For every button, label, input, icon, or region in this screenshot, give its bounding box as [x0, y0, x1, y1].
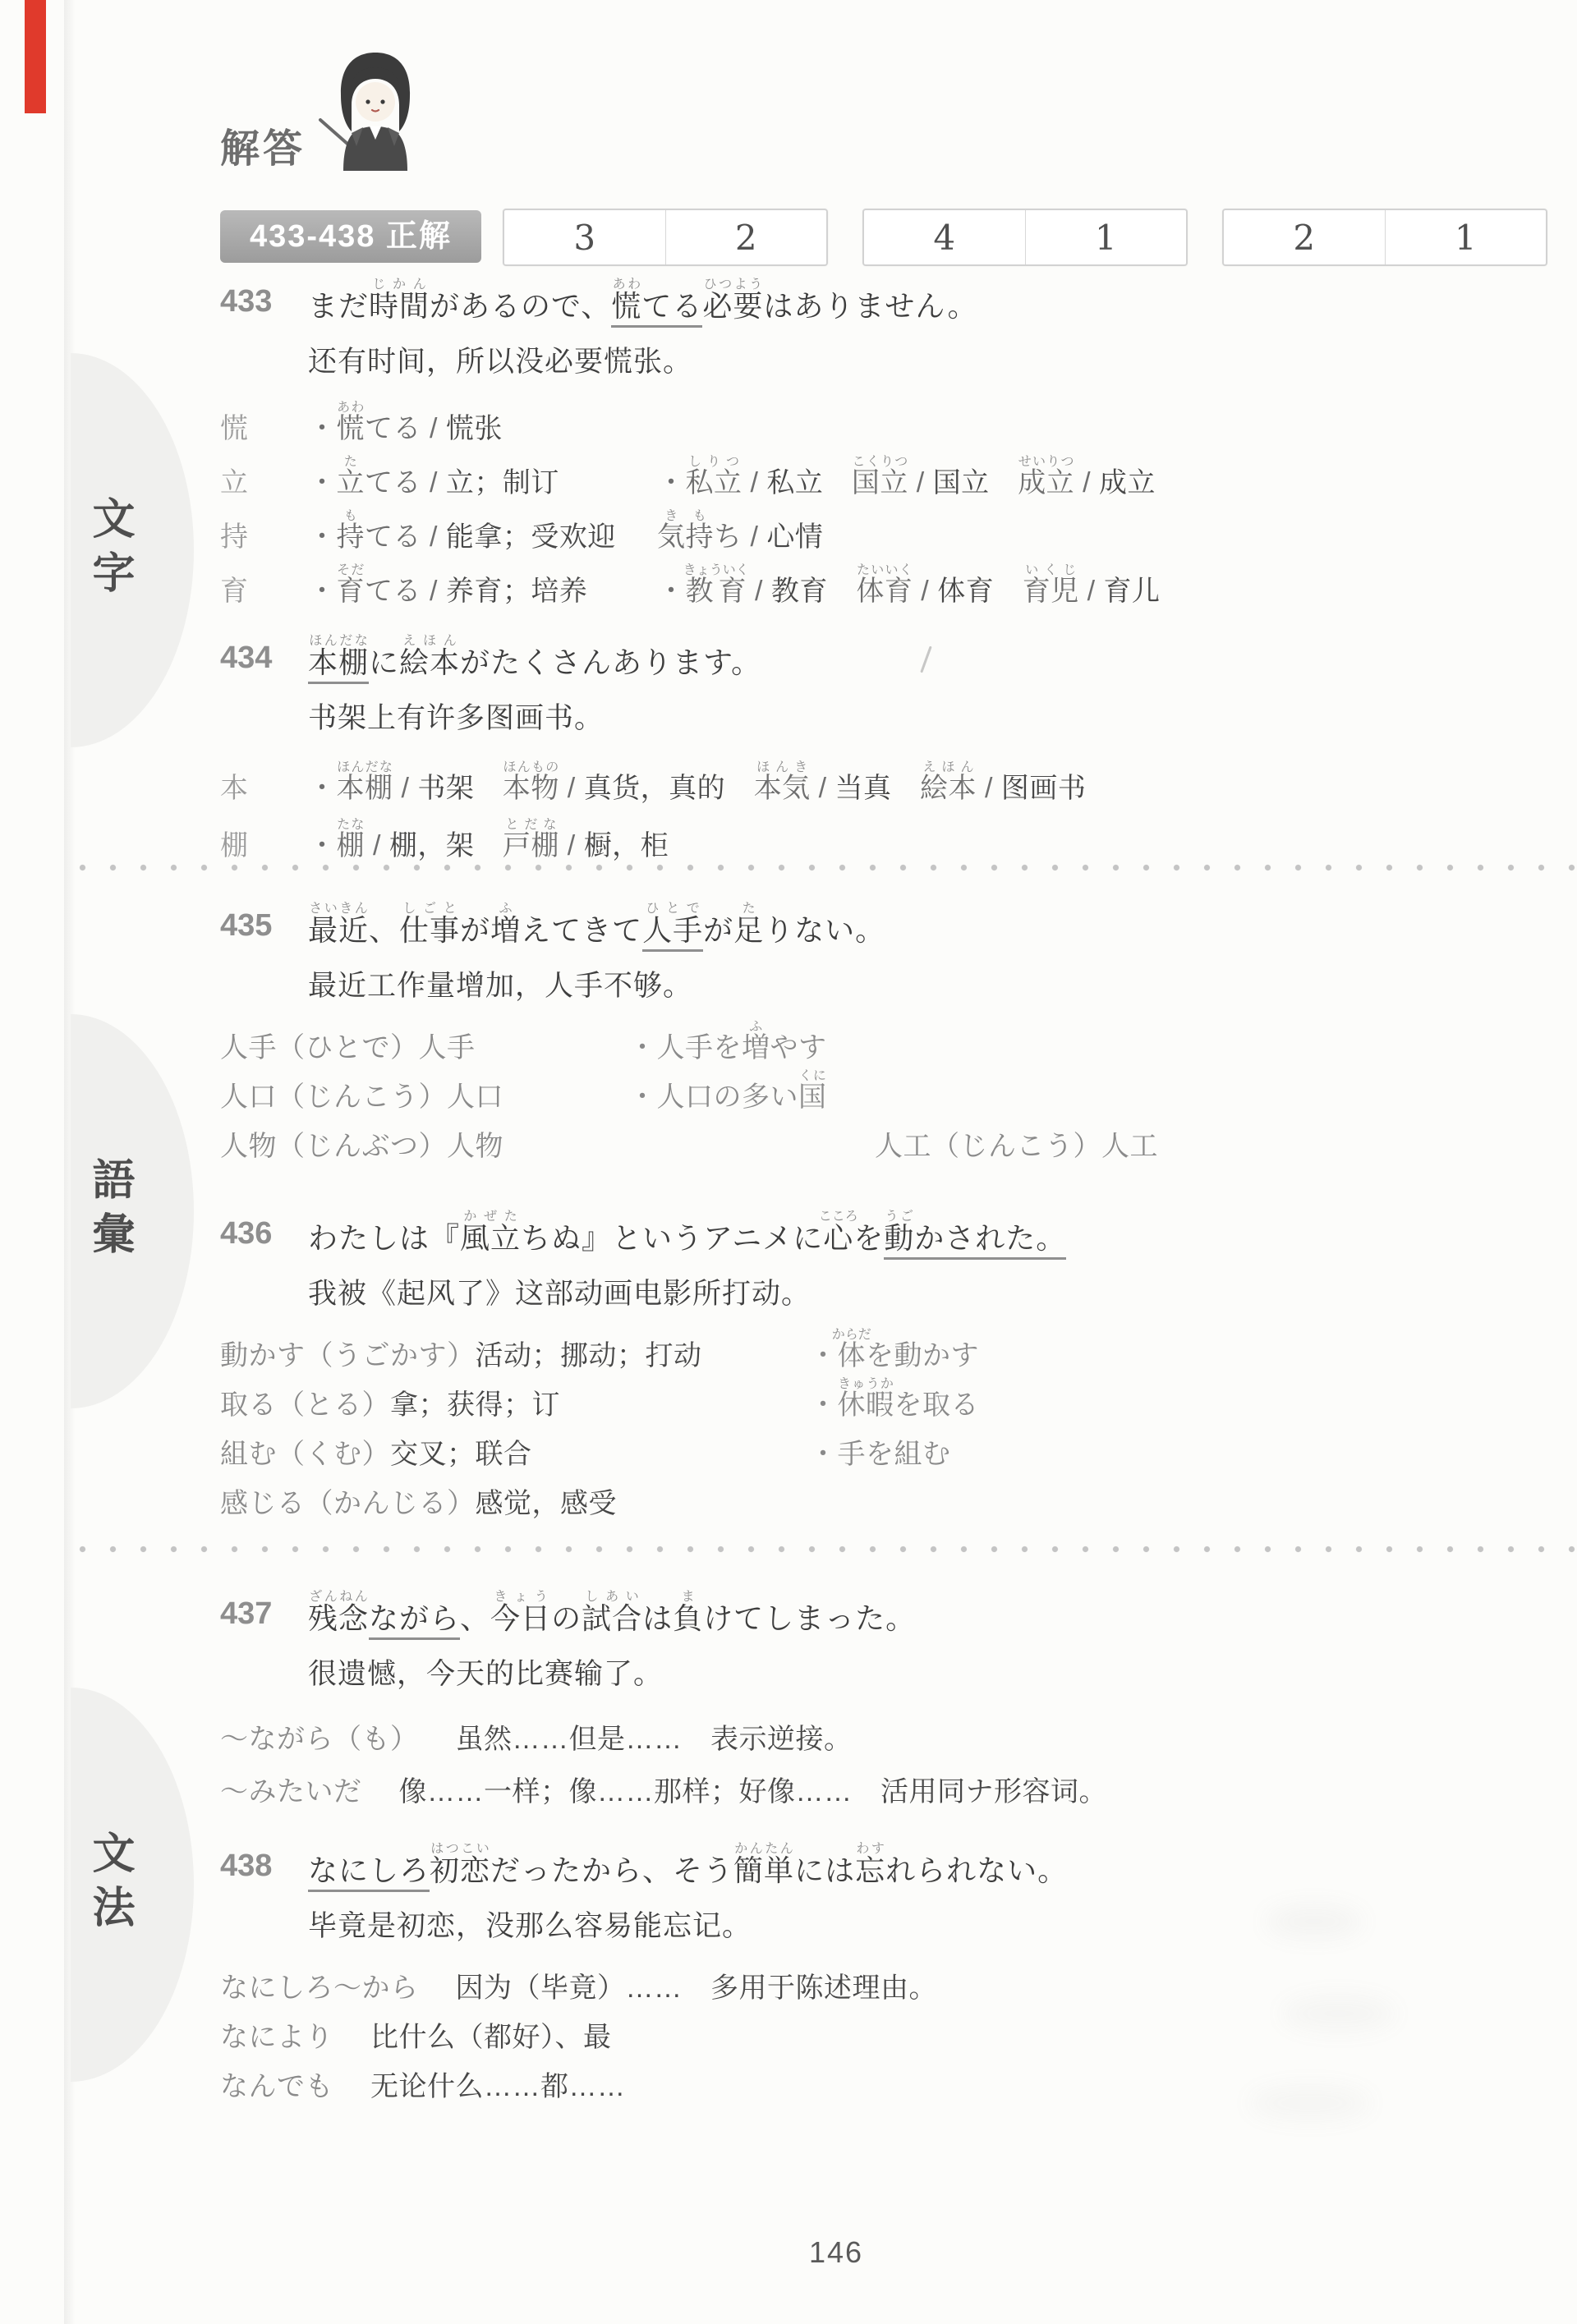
girl-teacher-illustration [314, 48, 437, 200]
vocab-cell: なんでも [220, 2064, 333, 2104]
vocab-cell: 〜みたいだ [220, 1769, 362, 1809]
vocab-cell: 気持きもち / 心情 [657, 509, 823, 554]
vocab-cell: ・私立しりつ / 私立 国立こくりつ / 国立 成立せいりつ / 成立 [657, 455, 1156, 500]
page-edge-marker [25, 0, 46, 113]
vocab-row: 立・立たてる / 立；制订・私立しりつ / 私立 国立こくりつ / 国立 成立せ… [220, 446, 1577, 500]
vocab-cell: 虽然……但是…… 表示逆接。 [456, 1716, 853, 1757]
vocab-cell: ・慌あわてる / 慌张 [308, 401, 657, 446]
vocab-cell: ・本棚ほんだな / 书架 本物ほんもの / 真货，真的 本気ほんき / 当真 絵… [308, 760, 1086, 806]
question-number: 436 [220, 1216, 308, 1255]
answer-cell: 2 [665, 210, 827, 264]
question-head: 435最近さいきん、仕事しごとが増ふえてきて人手ひとでが足たりない。 [0, 902, 1577, 947]
vocab-rows: 人手（ひとで）人手・人手を増ふやす人口（じんこう）人口・人口の多い国くに人物（じ… [0, 1016, 1577, 1164]
answer-cell: 1 [1385, 210, 1547, 264]
question-number: 438 [220, 1849, 308, 1887]
vocab-cell: ・棚たな / 棚，架 戸棚とだな / 橱，柜 [308, 818, 669, 863]
question-translation: 我被《起风了》这部动画电影所打动。 [308, 1271, 1577, 1312]
answers-heading: 解答 [220, 117, 306, 173]
vocab-cell: ・休暇きゅうかを取る [809, 1377, 979, 1422]
vocab-cell: ・育そだてる / 养育；培养 [308, 563, 657, 609]
question-sentence: 残念ざんねんながら、今日きょうの試合しあいは負まけてしまった。 [308, 1590, 916, 1635]
dotted-separator [79, 1546, 1577, 1553]
vocab-row: 棚・棚たな / 棚，架 戸棚とだな / 橱，柜 [220, 806, 1577, 863]
question-433: 433まだ時間じかんがあるので、慌あわてる必要ひつようはありません。还有时间，所… [0, 278, 1577, 609]
vocab-row: なんでも无论什么……都…… [220, 2055, 1577, 2104]
vocab-row: 感じる（かんじる）感觉，感受 [220, 1472, 1577, 1521]
vocab-row: 本・本棚ほんだな / 书架 本物ほんもの / 真货，真的 本気ほんき / 当真 … [220, 748, 1577, 806]
answer-range-badge: 433-438 正解 [220, 210, 481, 263]
vocab-cell: ・人手を増ふやす [628, 1020, 827, 1065]
answer-box-group: 21 [1222, 209, 1547, 266]
vocab-row: 人手（ひとで）人手・人手を増ふやす [220, 1016, 1577, 1065]
scan-artifact [1248, 2086, 1372, 2120]
vocab-cell: 動かす（うごかす）活动；挪动；打动 [220, 1333, 809, 1373]
question-437: 437残念ざんねんながら、今日きょうの試合しあいは負まけてしまった。很遗憾，今天… [0, 1590, 1577, 1809]
vocab-cell: 因为（毕竟）…… 多用于陈述理由。 [456, 1965, 938, 2005]
question-head: 437残念ざんねんながら、今日きょうの試合しあいは負まけてしまった。 [0, 1590, 1577, 1635]
question-translation: 书架上有许多图画书。 [308, 696, 1577, 737]
question-number: 435 [220, 908, 308, 947]
vocab-cell: 感じる（かんじる）感觉，感受 [220, 1481, 809, 1521]
vocab-cell: 无论什么……都…… [370, 2064, 626, 2104]
question-head: 433まだ時間じかんがあるので、慌あわてる必要ひつようはありません。 [0, 278, 1577, 323]
question-number: 434 [220, 641, 308, 679]
vocab-cell: 取る（とる）拿；获得；订 [220, 1382, 809, 1422]
question-number: 437 [220, 1596, 308, 1635]
vocab-cell: 組む（くむ）交叉；联合 [220, 1431, 809, 1472]
question-number: 433 [220, 284, 308, 323]
row-label: 立 [220, 460, 308, 500]
vocab-rows: 慌・慌あわてる / 慌张立・立たてる / 立；制订・私立しりつ / 私立 国立こ… [0, 392, 1577, 609]
page-number: 146 [809, 2235, 863, 2270]
vocab-row: 組む（くむ）交叉；联合・手を組む [220, 1422, 1577, 1472]
vocab-cell: ・体からだを動かす [809, 1328, 979, 1373]
answer-box-group: 41 [862, 209, 1188, 266]
vocab-cell: ・人口の多い国くに [628, 1069, 827, 1114]
vocab-cell: 人物（じんぶつ）人物 [220, 1123, 628, 1164]
question-435: 435最近さいきん、仕事しごとが増ふえてきて人手ひとでが足たりない。最近工作量增… [0, 902, 1577, 1164]
vocab-row: 〜ながら（も）虽然……但是…… 表示逆接。 [220, 1704, 1577, 1757]
vocab-cell: 比什么（都好）、最 [370, 2014, 612, 2055]
vocab-row: 人口（じんこう）人口・人口の多い国くに [220, 1065, 1577, 1114]
question-438: 438なにしろ初恋はつこいだったから、そう簡単かんたんには忘わすれられない。毕竟… [0, 1842, 1577, 2104]
question-head: 438なにしろ初恋はつこいだったから、そう簡単かんたんには忘わすれられない。 [0, 1842, 1577, 1887]
dotted-separator [79, 864, 1577, 871]
pointer-stick-icon [320, 120, 348, 145]
answer-boxes: 324121 [503, 209, 1547, 266]
question-434: 434本棚ほんだなに絵本えほんがたくさんあります。书架上有许多图画书。本・本棚ほ… [0, 634, 1577, 863]
textbook-answer-page: 文字 語彙 文法 解答 433-438 正解 324121 433まだ時間じかん… [0, 0, 1577, 2324]
vocab-rows: 本・本棚ほんだな / 书架 本物ほんもの / 真货，真的 本気ほんき / 当真 … [0, 748, 1577, 863]
row-label: 本 [220, 765, 308, 806]
question-translation: 最近工作量增加，人手不够。 [308, 963, 1577, 1004]
answer-cell: 4 [864, 210, 1025, 264]
vocab-row: 慌・慌あわてる / 慌张 [220, 392, 1577, 446]
answer-cell: 3 [504, 210, 665, 264]
answer-cell: 1 [1025, 210, 1187, 264]
vocab-cell: 人口（じんこう）人口 [220, 1074, 628, 1114]
vocab-cell: 人手（ひとで）人手 [220, 1025, 628, 1065]
question-sentence: 最近さいきん、仕事しごとが増ふえてきて人手ひとでが足たりない。 [308, 902, 885, 947]
vocab-cell: ・手を組む [809, 1431, 951, 1472]
question-head: 436わたしは『風立かぜたちぬ』というアニメに心こころを動うごかされた。 [0, 1210, 1577, 1255]
vocab-row: 取る（とる）拿；获得；订・休暇きゅうかを取る [220, 1373, 1577, 1422]
question-sentence: なにしろ初恋はつこいだったから、そう簡単かんたんには忘わすれられない。 [308, 1842, 1068, 1887]
answer-cell: 2 [1224, 210, 1385, 264]
vocab-rows: 〜ながら（も）虽然……但是…… 表示逆接。〜みたいだ像……一样；像……那样；好像… [0, 1704, 1577, 1809]
answer-box-group: 32 [503, 209, 828, 266]
question-translation: 很遗憾，今天的比赛输了。 [308, 1651, 1577, 1692]
row-label: 持 [220, 514, 308, 554]
vocab-cell: なにより [220, 2014, 333, 2055]
vocab-cell: なにしろ〜から [220, 1965, 419, 2005]
vocab-cell: 〜ながら（も） [220, 1716, 419, 1757]
vocab-row: 動かす（うごかす）活动；挪动；打动・体からだを動かす [220, 1324, 1577, 1373]
question-head: 434本棚ほんだなに絵本えほんがたくさんあります。 [0, 634, 1577, 679]
row-label: 育 [220, 568, 308, 609]
vocab-cell: ・教育きょういく / 教育 体育たいいく / 体育 育児いくじ / 育儿 [657, 563, 1161, 609]
row-label: 棚 [220, 823, 308, 863]
vocab-row: 持・持もてる / 能拿；受欢迎気持きもち / 心情 [220, 500, 1577, 554]
question-sentence: 本棚ほんだなに絵本えほんがたくさんあります。 [308, 634, 761, 679]
question-sentence: わたしは『風立かぜたちぬ』というアニメに心こころを動うごかされた。 [308, 1210, 1066, 1255]
vocab-rows: 動かす（うごかす）活动；挪动；打动・体からだを動かす取る（とる）拿；获得；订・休… [0, 1324, 1577, 1521]
vocab-row: 育・育そだてる / 养育；培养・教育きょういく / 教育 体育たいいく / 体育… [220, 554, 1577, 609]
row-label: 慌 [220, 406, 308, 446]
question-sentence: まだ時間じかんがあるので、慌あわてる必要ひつようはありません。 [308, 278, 978, 323]
question-436: 436わたしは『風立かぜたちぬ』というアニメに心こころを動うごかされた。我被《起… [0, 1210, 1577, 1521]
vocab-cell: 人工（じんこう）人工 [875, 1123, 1158, 1164]
question-translation: 毕竟是初恋，没那么容易能忘记。 [308, 1904, 1577, 1945]
scan-artifact [1281, 1996, 1396, 2032]
vocab-row: 人物（じんぶつ）人物人工（じんこう）人工 [220, 1114, 1577, 1164]
vocab-row: なにしろ〜から因为（毕竟）…… 多用于陈述理由。 [220, 1956, 1577, 2005]
vocab-cell: ・持もてる / 能拿；受欢迎 [308, 509, 657, 554]
question-translation: 还有时间，所以没必要慌张。 [308, 339, 1577, 380]
vocab-cell: 像……一样；像……那样；好像…… 活用同ナ形容词。 [399, 1769, 1108, 1809]
scan-artifact [1265, 1905, 1363, 1938]
vocab-row: 〜みたいだ像……一样；像……那样；好像…… 活用同ナ形容词。 [220, 1757, 1577, 1809]
vocab-cell: ・立たてる / 立；制订 [308, 455, 657, 500]
